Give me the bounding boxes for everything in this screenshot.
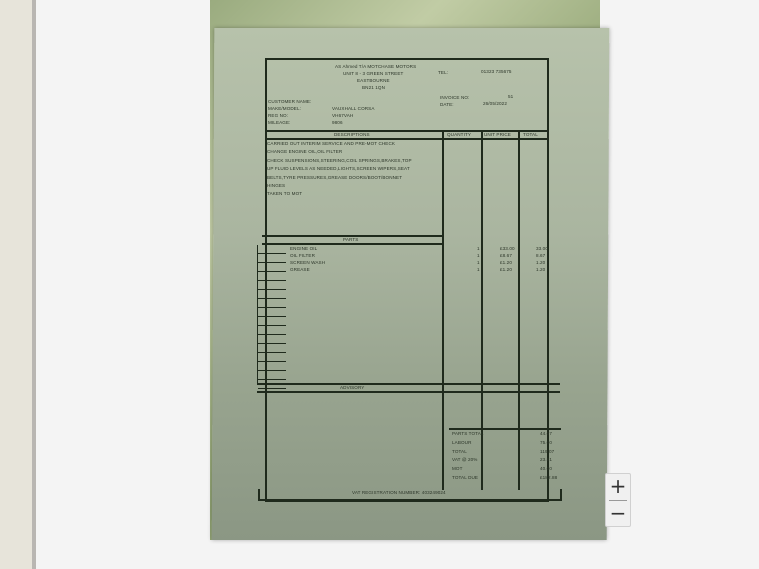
mileage-label: MILEAGE: (268, 120, 291, 125)
totals-label: MOT (452, 466, 463, 471)
part-total: 33.00 (536, 246, 548, 251)
vat-registration: VAT REGISTRATION NUMBER: 403249024 (352, 490, 446, 495)
part-total: 1.20 (536, 267, 545, 272)
company-name: AS Ahmed T/A MOTCHASE MOTORS (335, 64, 416, 69)
reg-value: VH67VAH (332, 113, 353, 118)
totals-label: TOTAL DUE (452, 475, 478, 480)
col-description: DESCRIPTIONS (334, 132, 370, 137)
date-label: DATE: (440, 102, 454, 107)
parts-label: PARTS (343, 237, 358, 242)
totals-value: 44.07 (540, 431, 552, 436)
invoice-no-value: 51 (508, 94, 513, 99)
description-line: HINGES (267, 183, 285, 188)
part-qty: 1 (477, 260, 480, 265)
zoom-out-button[interactable]: − (606, 501, 630, 527)
part-unit-price: £8.67 (500, 253, 512, 258)
totals-label: LABOUR (452, 440, 472, 445)
make-model-value: VAUXHALL CORSA (332, 106, 375, 111)
totals-value: 119.07 (540, 449, 554, 454)
col-quantity: QUANTITY (447, 132, 471, 137)
col-unit-price: UNIT PRICE (484, 132, 511, 137)
part-unit-price: £33.00 (500, 246, 515, 251)
tel-value: 01323 735675 (481, 69, 512, 74)
part-unit-price: £1.20 (500, 267, 512, 272)
part-qty: 1 (477, 246, 480, 251)
tel-label: TEL: (438, 70, 448, 75)
part-unit-price: £1.20 (500, 260, 512, 265)
company-address-2: EASTBOURNE (357, 78, 390, 83)
part-name: GREASE (290, 267, 310, 272)
description-line: CARRIED OUT INTERIM SERVICE AND PRE-MOT … (267, 141, 395, 146)
totals-value: 75.00 (540, 440, 552, 445)
totals-value: 40.00 (540, 466, 552, 471)
totals-label: PARTS TOTAL (452, 431, 484, 436)
description-line: UP FLUID LEVELS AS NEEDED,LIGHTS,SCREEN … (267, 166, 410, 171)
col-total: TOTAL (523, 132, 538, 137)
advisory-label: ADVISORY (340, 385, 364, 390)
customer-name-label: CUSTOMER NAME: (268, 99, 311, 104)
part-total: 1.20 (536, 260, 545, 265)
mileage-value: 9806 (332, 120, 343, 125)
totals-value: 23.81 (540, 457, 552, 462)
zoom-in-button[interactable]: + (606, 474, 630, 500)
part-name: OIL FILTER (290, 253, 315, 258)
part-qty: 1 (477, 253, 480, 258)
part-name: ENGINE OIL (290, 246, 317, 251)
invoice-document (265, 58, 549, 502)
totals-label: VAT @ 20% (452, 457, 477, 462)
part-name: SCREEN WASH (290, 260, 325, 265)
reg-label: REG NO: (268, 113, 288, 118)
totals-label: TOTAL (452, 449, 467, 454)
part-total: 8.67 (536, 253, 545, 258)
parts-row-markers (257, 245, 286, 385)
zoom-control: + − (605, 473, 631, 527)
description-line: BELTS,TYRE PRESSURES,GREASE DOORS/BOOT/B… (267, 175, 402, 180)
description-line: CHANGE ENGINE OIL,OIL FILTER (267, 149, 342, 154)
invoice-no-label: INVOICE NO: (440, 95, 469, 100)
make-model-label: MAKE/MODEL: (268, 106, 301, 111)
company-postcode: BN21 1QN (362, 85, 385, 90)
description-line: TAKEN TO MOT (267, 191, 302, 196)
company-address-1: UNIT 8 - 3 GREEN STREET (343, 71, 403, 76)
date-value: 26/05/2022 (483, 101, 507, 106)
totals-value: £182.88 (540, 475, 557, 480)
description-line: CHECK SUSPENSIONS,STEERING,COIL SPRINGS,… (267, 158, 412, 163)
background-surface (0, 0, 34, 569)
part-qty: 1 (477, 267, 480, 272)
